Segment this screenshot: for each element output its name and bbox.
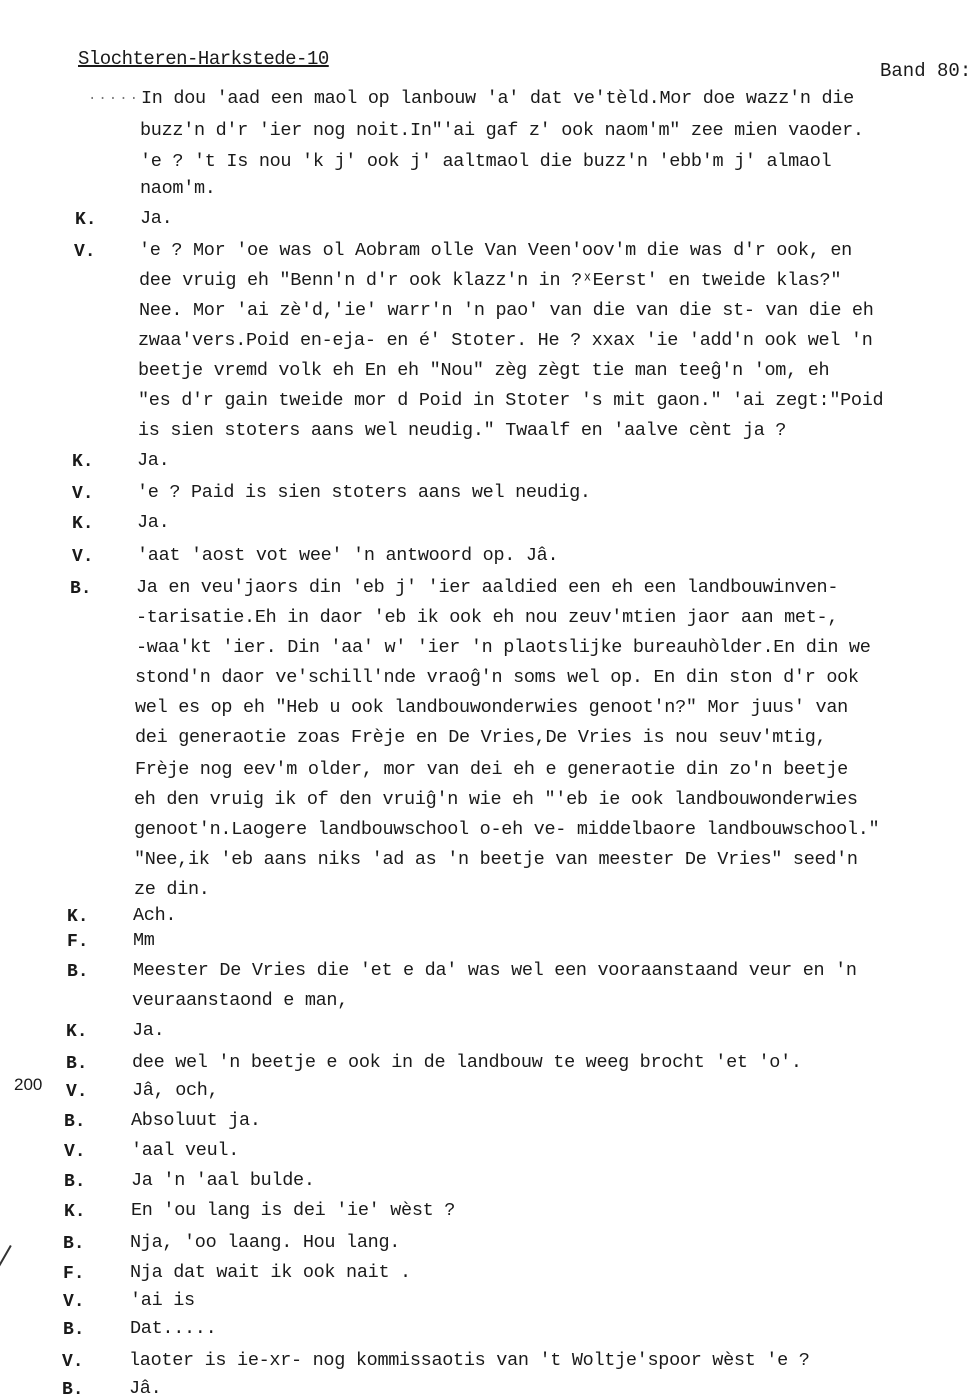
transcript-line: Ja en veu'jaors din 'eb j' 'ier aaldied … (136, 577, 838, 598)
speaker-label: B. (63, 1320, 85, 1340)
speaker-label: K. (72, 514, 94, 534)
speaker-label: K. (67, 907, 89, 927)
transcript-line: Ach. (133, 905, 176, 926)
speaker-label: F. (63, 1264, 85, 1284)
transcript-line: beetje vremd volk eh En eh "Nou" zèg zèg… (138, 360, 829, 381)
transcript-line: Ja. (137, 512, 169, 533)
line-number-marker: 200 (14, 1075, 42, 1095)
transcript-line: 'e ? 't Is nou 'k j' ook j' aaltmaol die… (140, 151, 831, 172)
speaker-label: F. (67, 932, 89, 952)
transcript-line: Jâ. (129, 1378, 161, 1396)
transcript-line: ze din. (134, 879, 210, 900)
transcript-line: 'aal veul. (131, 1140, 239, 1161)
transcript-line: genoot'n.Laogere landbouwschool o-eh ve-… (134, 819, 879, 840)
speaker-label: B. (67, 962, 89, 982)
speaker-label: V. (63, 1292, 85, 1312)
transcript-line: Nee. Mor 'ai zè'd,'ie' warr'n 'n pao' va… (139, 300, 874, 321)
transcript-line: veuraanstaond e man, (132, 990, 348, 1011)
speaker-label: K. (64, 1202, 86, 1222)
transcript-line: eh den vruig ik of den vruiĝ'n wie eh "'… (134, 789, 858, 810)
speaker-label: B. (64, 1172, 86, 1192)
speaker-label: B. (70, 579, 92, 599)
transcript-line: "Nee,ik 'eb aans niks 'ad as 'n beetje v… (134, 849, 858, 870)
transcript-line: 'e ? Mor 'oe was ol Aobram olle Van Veen… (139, 240, 852, 261)
speaker-label: V. (72, 484, 94, 504)
transcript-line: Absoluut ja. (131, 1110, 261, 1131)
transcript-line: naom'm. (140, 178, 216, 199)
speaker-label: V. (74, 242, 96, 262)
transcript-line: buzz'n d'r 'ier nog noit.In"'ai gaf z' o… (140, 120, 864, 141)
transcript-line: Mm (133, 930, 155, 951)
transcript-line: -tarisatie.Eh in daor 'eb ik ook eh nou … (136, 607, 838, 628)
transcript-line: laoter is ie-xr- nog kommissaotis van 't… (129, 1350, 810, 1371)
transcript-line: -waa'kt 'ier. Din 'aa' w' 'ier 'n plaots… (136, 637, 871, 658)
speaker-label: B. (66, 1054, 88, 1074)
document-title: Slochteren-Harkstede-10 (78, 48, 329, 70)
margin-dots: ..... (88, 88, 140, 104)
transcript-line: Jâ, och, (132, 1080, 218, 1101)
speaker-label: K. (72, 452, 94, 472)
transcript-line: Nja, 'oo laang. Hou lang. (130, 1232, 400, 1253)
transcript-line: 'ai is (130, 1290, 195, 1311)
transcript-line: Ja. (140, 208, 172, 229)
transcript-line: is sien stoters aans wel neudig." Twaalf… (138, 420, 786, 441)
transcript-line: Frèje nog eev'm older, mor van dei eh e … (135, 759, 848, 780)
transcript-line: 'aat 'aost vot wee' 'n antwoord op. Jâ. (137, 545, 558, 566)
speaker-label: V. (64, 1142, 86, 1162)
transcript-line: dei generaotie zoas Frèje en De Vries,De… (135, 727, 826, 748)
speaker-label: V. (66, 1082, 88, 1102)
speaker-label: V. (62, 1352, 84, 1372)
speaker-label: K. (66, 1022, 88, 1042)
transcript-line: zwaa'vers.Poid en-eja- en é' Stoter. He … (138, 330, 873, 351)
transcript-line: 'e ? Paid is sien stoters aans wel neudi… (137, 482, 591, 503)
transcript-line: En 'ou lang is dei 'ie' wèst ? (131, 1200, 455, 1221)
speaker-label: B. (62, 1380, 84, 1396)
transcript-line: Ja. (137, 450, 169, 471)
pen-mark (0, 1245, 12, 1307)
transcript-line: "es d'r gain tweide mor d Poid in Stoter… (138, 390, 883, 411)
transcript-line: Ja 'n 'aal bulde. (131, 1170, 315, 1191)
transcript-line: wel es op eh "Heb u ook landbouwonderwie… (135, 697, 848, 718)
speaker-label: V. (72, 547, 94, 567)
transcript-line: Meester De Vries die 'et e da' was wel e… (133, 960, 857, 981)
band-number: Band 80: (880, 60, 971, 82)
speaker-label: K. (75, 210, 97, 230)
transcript-line: dee wel 'n beetje e ook in de landbouw t… (132, 1052, 802, 1073)
transcript-line: Ja. (132, 1020, 164, 1041)
transcript-line: In dou 'aad een maol op lanbouw 'a' dat … (141, 88, 854, 109)
transcript-line: Nja dat wait ik ook nait . (130, 1262, 411, 1283)
transcript-page: Slochteren-Harkstede-10 Band 80: ..... 2… (0, 0, 979, 1396)
transcript-line: dee vruig eh "Benn'n d'r ook klazz'n in … (139, 270, 841, 291)
transcript-line: stond'n daor ve'schill'nde vraoĝ'n soms … (135, 667, 859, 688)
speaker-label: B. (64, 1112, 86, 1132)
speaker-label: B. (63, 1234, 85, 1254)
transcript-line: Dat..... (130, 1318, 216, 1339)
